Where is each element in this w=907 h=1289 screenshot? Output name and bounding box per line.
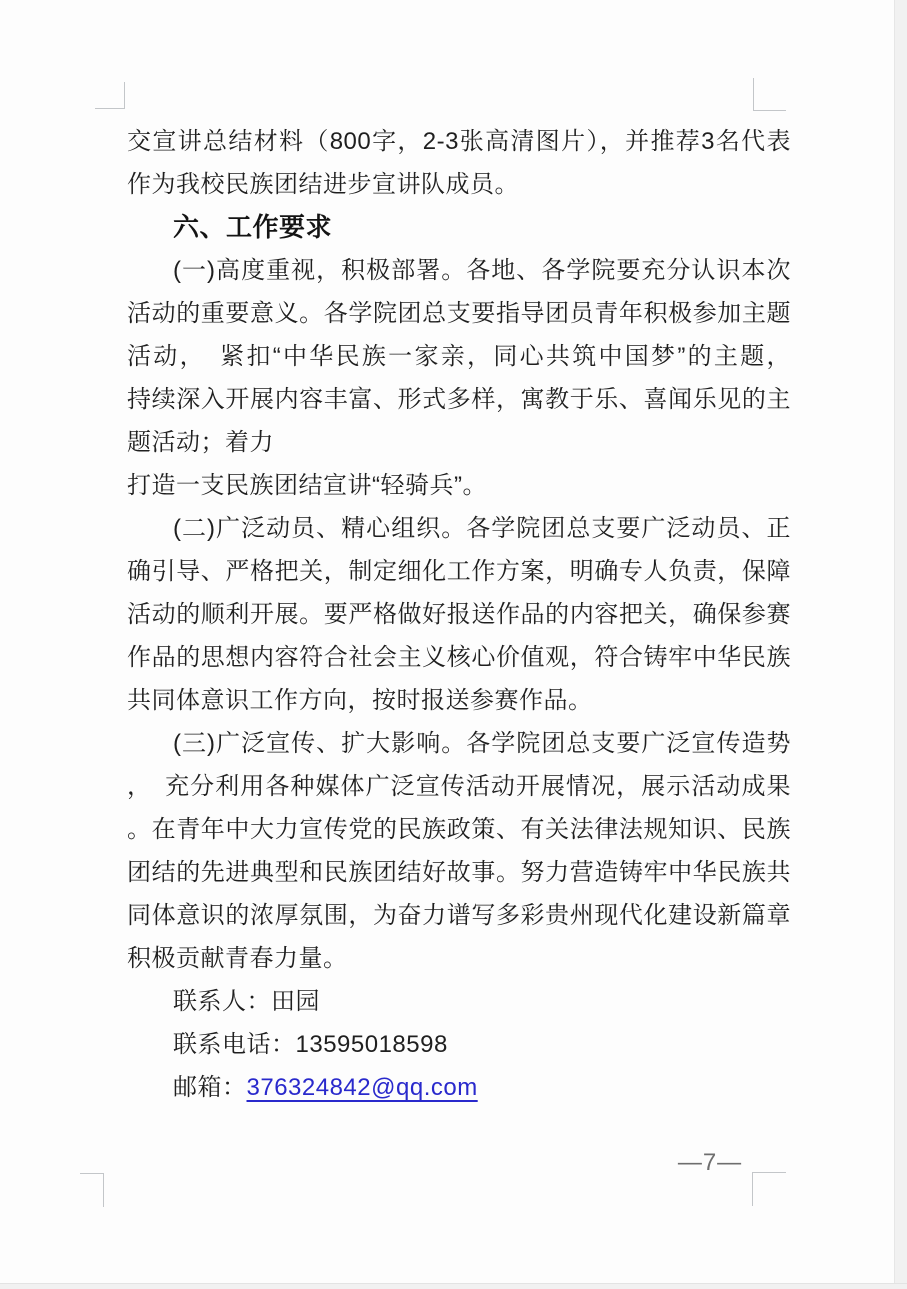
text-line: 作为我校民族团结进步宣讲队成员。 bbox=[127, 163, 791, 206]
text-line: 活动的顺利开展。要严格做好报送作品的内容把关，确保参赛 bbox=[127, 593, 791, 636]
contact-email-line: 邮箱：376324842@qq.com bbox=[127, 1066, 791, 1109]
section-heading-line: 六、工作要求 bbox=[127, 206, 791, 249]
text-line: 同体意识的浓厚氛围，为奋力谱写多彩贵州现代化建设新篇章 bbox=[127, 894, 791, 937]
margin-corner-mark-top-left bbox=[95, 82, 125, 109]
text-line: 确引导、严格把关，制定细化工作方案，明确专人负责，保障 bbox=[127, 550, 791, 593]
margin-corner-mark-top-right bbox=[753, 78, 786, 111]
text-line: 。在青年中大力宣传党的民族政策、有关法律法规知识、民族 bbox=[127, 808, 791, 851]
text-line: 共同体意识工作方向，按时报送参赛作品。 bbox=[127, 679, 791, 722]
email-link[interactable]: 376324842@qq.com bbox=[247, 1074, 478, 1101]
email-label: 邮箱： bbox=[173, 1074, 247, 1101]
text-line: 打造一支民族团结宣讲“轻骑兵”。 bbox=[127, 464, 791, 507]
text-line: 活动的重要意义。各学院团总支要指导团员青年积极参加主题 bbox=[127, 292, 791, 335]
text-line: 作品的思想内容符合社会主义核心价值观，符合铸牢中华民族 bbox=[127, 636, 791, 679]
page-edge-bottom bbox=[0, 1283, 907, 1289]
contact-person-line: 联系人：田园 bbox=[127, 980, 791, 1023]
page-number: —7— bbox=[655, 1148, 765, 1178]
text-line: 活动， 紧扣“中华民族一家亲，同心共筑中国梦”的主题， bbox=[127, 335, 791, 378]
text-line: 交宣讲总结材料（800字，2-3张高清图片），并推荐3名代表 bbox=[127, 120, 791, 163]
text-line: 题活动；着力 bbox=[127, 421, 791, 464]
text-line: 持续深入开展内容丰富、形式多样，寓教于乐、喜闻乐见的主 bbox=[127, 378, 791, 421]
text-line: ， 充分利用各种媒体广泛宣传活动开展情况，展示活动成果 bbox=[127, 765, 791, 808]
page-edge-right bbox=[894, 0, 907, 1289]
text-line: (三)广泛宣传、扩大影响。各学院团总支要广泛宣传造势 bbox=[127, 722, 791, 765]
text-line: (二)广泛动员、精心组织。各学院团总支要广泛动员、正 bbox=[127, 507, 791, 550]
text-line: 积极贡献青春力量。 bbox=[127, 937, 791, 980]
text-line: (一)高度重视，积极部署。各地、各学院要充分认识本次 bbox=[127, 249, 791, 292]
document-page: 交宣讲总结材料（800字，2-3张高清图片），并推荐3名代表作为我校民族团结进步… bbox=[0, 0, 907, 1289]
text-line: 团结的先进典型和民族团结好故事。努力营造铸牢中华民族共 bbox=[127, 851, 791, 894]
document-body: 交宣讲总结材料（800字，2-3张高清图片），并推荐3名代表作为我校民族团结进步… bbox=[127, 120, 791, 1109]
contact-phone-line: 联系电话：13595018598 bbox=[127, 1023, 791, 1066]
margin-corner-mark-bottom-left bbox=[80, 1173, 104, 1207]
